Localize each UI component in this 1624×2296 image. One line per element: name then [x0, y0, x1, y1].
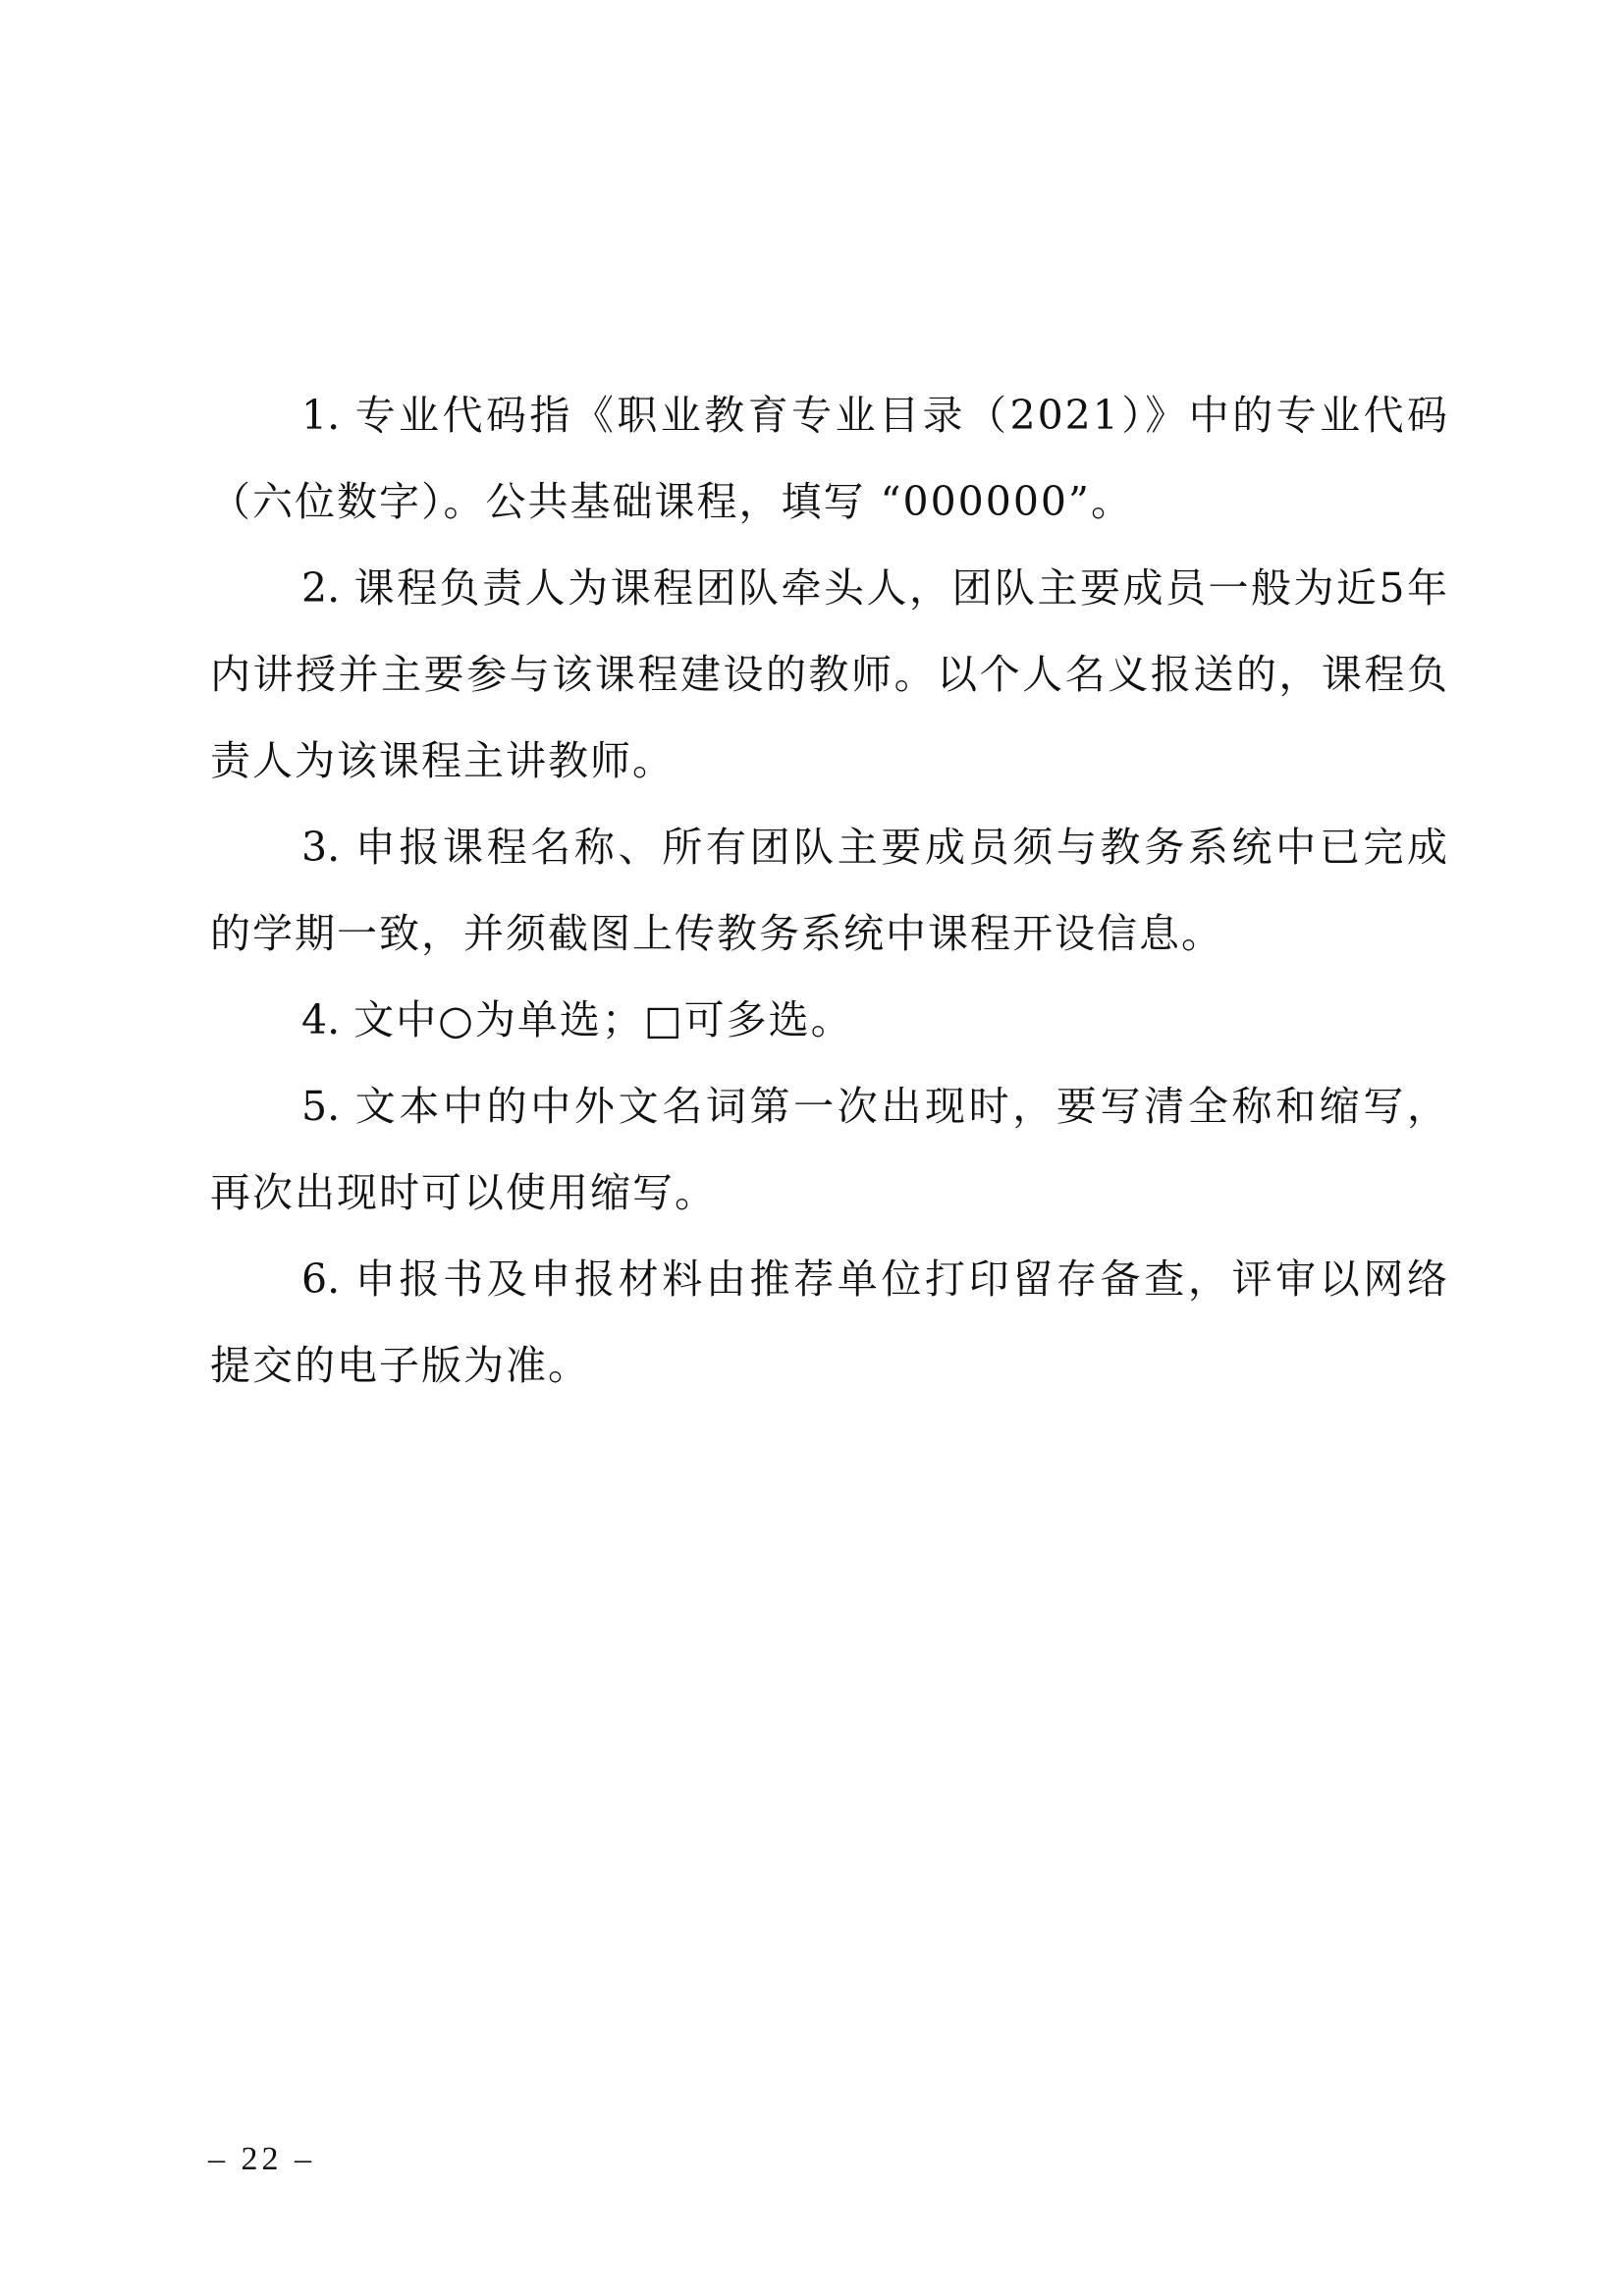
note-number: 5. [301, 1083, 340, 1130]
notes-body: 1.专业代码指《职业教育专业目录（2021）》中的专业代码（六位数字）。公共基础… [210, 372, 1449, 1409]
note-text: 课程负责人为课程团队牵头人，团队主要成员一般为近5年内讲授并主要参与该课程建设的… [210, 564, 1449, 784]
note-number: 6. [301, 1255, 340, 1303]
note-number: 2. [301, 564, 340, 612]
note-item-5: 5.文本中的中外文名词第一次出现时，要写清全称和缩写，再次出现时可以使用缩写。 [210, 1063, 1449, 1236]
note-item-1: 1.专业代码指《职业教育专业目录（2021）》中的专业代码（六位数字）。公共基础… [210, 372, 1449, 545]
note-item-6: 6.申报书及申报材料由推荐单位打印留存备查，评审以网络提交的电子版为准。 [210, 1236, 1449, 1409]
document-page: 1.专业代码指《职业教育专业目录（2021）》中的专业代码（六位数字）。公共基础… [0, 0, 1624, 2296]
note-text: 申报书及申报材料由推荐单位打印留存备查，评审以网络提交的电子版为准。 [210, 1255, 1449, 1389]
note-text: 文本中的中外文名词第一次出现时，要写清全称和缩写，再次出现时可以使用缩写。 [210, 1083, 1449, 1216]
note-item-4: 4.文中○为单选；□可多选。 [210, 977, 1449, 1063]
note-item-2: 2.课程负责人为课程团队牵头人，团队主要成员一般为近5年内讲授并主要参与该课程建… [210, 545, 1449, 804]
page-number: – 22 – [208, 2138, 315, 2181]
note-number: 4. [301, 996, 340, 1043]
note-text: 文中○为单选；□可多选。 [353, 996, 853, 1043]
note-text: 专业代码指《职业教育专业目录（2021）》中的专业代码（六位数字）。公共基础课程… [210, 392, 1449, 525]
note-text: 申报课程名称、所有团队主要成员须与教务系统中已完成的学期一致，并须截图上传教务系… [210, 824, 1449, 957]
note-number: 3. [301, 824, 340, 871]
note-item-3: 3.申报课程名称、所有团队主要成员须与教务系统中已完成的学期一致，并须截图上传教… [210, 804, 1449, 977]
note-number: 1. [301, 392, 340, 439]
